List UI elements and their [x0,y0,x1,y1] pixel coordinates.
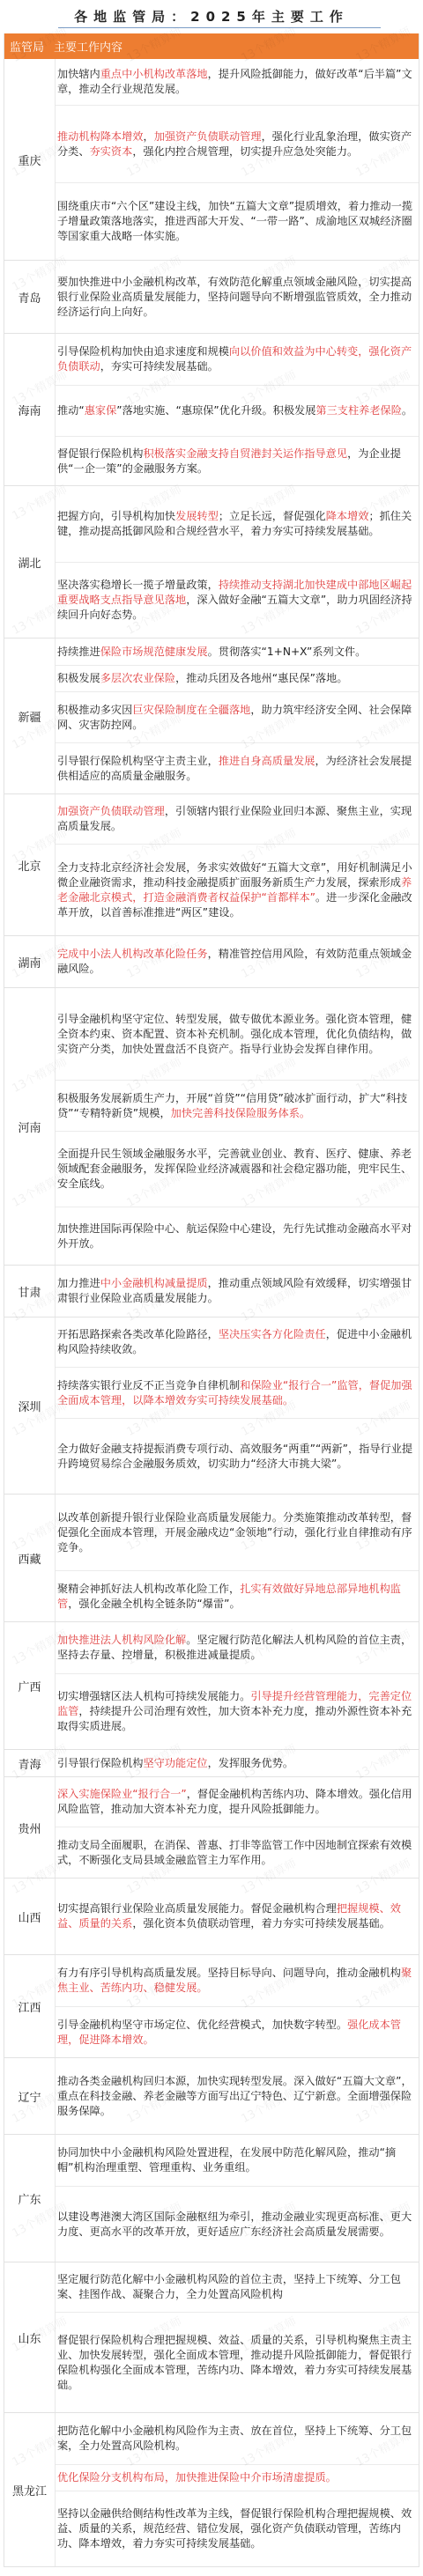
text-segment: ”落地实施、“惠琼保”优化升级。积极发展 [116,404,315,417]
region-label: 湖南 [4,936,56,987]
work-table: 监管局 主要工作内容 重庆加快辖内重点中小机构改革落地，提升风险抵御能力，做好改… [4,33,419,2567]
title-underline [58,27,381,28]
text-segment: 要加快推进中小金融机构改革，有效防范化解重点领域金融风险，切实提高银行业保险业高… [57,276,412,318]
work-item: 加快推进法人机构风险化解。坚定履行防范化解法人机构风险的首位主责，坚持去存量、控… [56,1622,419,1673]
table-row-group: 重庆加快辖内重点中小机构改革落地，提升风险抵御能力，做好改革“后半篇”文章，推动… [4,59,419,260]
text-segment: 坚定履行防范化解中小金融机构风险的首位主责，坚持上下统筹、分工包案、挂图作战、凝… [57,2273,401,2300]
highlighted-text: 深入实施保险业“报行合一” [57,1788,187,1800]
work-item: 引导银行保险机构坚守功能定位，发挥服务优势。 [56,1750,419,1776]
work-item: 以建设粤港澳大湾区国际金融枢纽为牵引，推动金融业实现更高标准、更大力度、更高水平… [56,2186,419,2262]
highlighted-text: 加快推进法人机构风险化解 [57,1634,186,1646]
work-item: 积极服务发展新质生产力，开展“首贷”“信用贷”破冰扩面行动，扩大“科技贷”“专精… [56,1080,419,1131]
work-item: 全面提升民生领域金融服务水平，完善就业创业、教育、医疗、健康、养老领域配套金融服… [56,1131,419,1207]
work-item-text: 深入实施保险业“报行合一”，督促金融机构苦练内功、降本增效。强化信用风险监管，推… [57,1787,415,1817]
highlighted-text: 巨灾保险制度在全疆落地 [132,704,250,716]
work-item: 督促银行保险机构合理把握规模、效益、质量的关系，引导机构聚焦主责主业、加快发展转… [56,2312,419,2412]
region-label: 湖北 [4,486,56,638]
work-item: 督促银行保险机构积极落实金融支持自贸港封关运作指导意见，为企业提供“一企一策”的… [56,436,419,485]
text-segment: ，推动兵团及各地州“惠民保”落地。 [175,672,347,684]
work-items: 开拓思路探索各类改革化险路径，坚决压实各方化险责任，促进中小金融机构风险持续收敛… [56,1318,419,1494]
region-label: 重庆 [4,59,56,260]
work-item: 加快辖内重点中小机构改革落地，提升风险抵御能力，做好改革“后半篇”文章，推动全行… [56,59,419,105]
work-item-text: 引导保险机构加快由追求速度和规模向以价值和效益为中心转变，强化资产负债联动，夯实… [57,344,415,374]
work-item-text: 引导银行保险机构坚守功能定位，发挥服务优势。 [57,1756,293,1771]
page: 各地监管局：2025年主要工作 监管局 主要工作内容 重庆加快辖内重点中小机构改… [0,0,423,2576]
table-row-group: 青岛要加快推进中小金融机构改革，有效防范化解重点领域金融风险，切实提高银行业保险… [4,260,419,333]
work-item: 坚持以金融供给侧结构性改革为主线，督促银行保险机构合理把握规模、效益、质量的关系… [56,2491,419,2566]
work-item-text: 积极推动多灾因巨灾保险制度在全疆落地，助力筑牢经济安全网、社会保障网、灾害防控网… [57,703,415,733]
work-item-text: 以建设粤港澳大湾区国际金融枢纽为牵引，推动金融业实现更高标准、更大力度、更高水平… [57,2210,415,2240]
work-item-text: 加快推进法人机构风险化解。坚定履行防范化解法人机构风险的首位主责，坚持去存量、控… [57,1633,415,1663]
work-item-text: 引导金融机构坚守定位、转型发展，做专做优本源业务。强化资本管理，健全资本约束、资… [57,1012,415,1057]
work-item: 坚决落实稳增长一揽子增量政策，持续推动支持湖北加快建成中部地区崛起重要战略支点指… [56,562,419,638]
work-item-text: 完成中小法人机构改革化险任务，精准管控信用风险，有效防范重点领域金融风险。 [57,947,415,977]
work-items: 有力有序引导机构高质量发展。坚持目标导向、问题导向，推动金融机构聚焦主业、苦练内… [56,1955,419,2057]
text-segment: 切实增强辖区法人机构可持续发展能力。 [57,1690,250,1702]
work-item-text: 引导银行保险机构坚守主责主业，推进自身高质量发展，为经济社会发展提供相适应的高质… [57,754,415,784]
region-label: 青海 [4,1750,56,1776]
table-row-group: 山东坚定履行防范化解中小金融机构风险的首位主责，坚持上下统筹、分工包案、挂图作战… [4,2262,419,2412]
text-segment: 有力有序引导机构高质量发展。坚持目标导向、问题导向，推动金融机构 [57,1967,401,1979]
text-segment: 引导银行保险机构坚守主责主业， [57,755,219,767]
work-item: 围绕重庆市“六个区”建设主线，加快“五篇大文章”提质增效，着力推动一揽子增量政策… [56,182,419,260]
work-item-text: 坚定履行防范化解中小金融机构风险的首位主责，坚持上下统筹、分工包案、挂图作战、凝… [57,2272,415,2302]
work-item-text: 督促银行保险机构合理把握规模、效益、质量的关系，引导机构聚焦主责主业、加快发展转… [57,2333,415,2393]
text-segment: 全力做好金融支持提振消费专项行动、高效服务“两重”“两新”，指导行业提升跨境贸易… [57,1443,412,1470]
work-item-text: 推动支局全面履职，在消保、普惠、打非等监管工作中因地制宜探索有效模式，不断强化支… [57,1838,415,1868]
text-segment: 推动各类金融机构回归本源，加快实现转型发展。深入做好“五篇大文章”，重点在科技金… [57,2075,412,2117]
highlighted-text: 多层次农业保险 [100,672,175,684]
work-items: 加力推进中小金融机构减量提质，推动重点领域风险有效缓释，切实增强甘肃银行业保险业… [56,1266,419,1317]
text-segment: 全面提升民生领域金融服务水平，完善就业创业、教育、医疗、健康、养老领域配套金融服… [57,1148,412,1190]
work-items: 协同加快中小金融机构风险处置进程，在发展中防范化解风险，推动“摘帽”机构治理重塑… [56,2135,419,2262]
region-label: 青岛 [4,261,56,333]
table-row-group: 广西加快推进法人机构风险化解。坚定履行防范化解法人机构风险的首位主责，坚持去存量… [4,1621,419,1749]
text-segment: ， [144,130,154,143]
work-item-text: 全力支持北京经济社会发展，务求实效做好“五篇大文章”，用好机制满足小微企业融资需… [57,860,415,920]
work-items: 把握方向，引导机构加快发展转型；立足长远，督促强化降本增效；抓住关键，推动提高抵… [56,486,419,638]
work-item-text: 推动“惠家保”落地实施、“惠琼保”优化升级。积极发展第三支柱养老保险。 [57,403,412,418]
work-item-text: 围绕重庆市“六个区”建设主线，加快“五篇大文章”提质增效，着力推动一揽子增量政策… [57,199,415,244]
region-label: 山西 [4,1878,56,1954]
work-item: 加强资产负债联动管理，引领辖内银行业保险业回归本源、聚焦主业，实现高质量发展。 [56,794,419,844]
page-title: 各地监管局：2025年主要工作 [0,0,423,26]
table-header: 监管局 主要工作内容 [4,33,419,59]
work-items: 要加快推进中小金融机构改革，有效防范化解重点领域金融风险，切实提高银行业保险业高… [56,261,419,333]
work-item-text: 持续推进保险市场规范健康发展。贯彻落实“1+N+X”系列文件。 [57,645,366,660]
work-item-text: 督促银行保险机构积极落实金融支持自贸港封关运作指导意见，为企业提供“一企一策”的… [57,447,415,476]
highlighted-text: 加强资产负债联动管理 [154,130,262,143]
highlighted-text: 优化保险分支机构布局，加快推进保险中介市场清虚提质。 [57,2471,337,2484]
work-item: 全力做好金融支持提振消费专项行动、高效服务“两重”“两新”，指导行业提升跨境贸易… [56,1418,419,1494]
work-items: 完成中小法人机构改革化险任务，精准管控信用风险，有效防范重点领域金融风险。 [56,936,419,987]
table-row-group: 青海引导银行保险机构坚守功能定位，发挥服务优势。 [4,1749,419,1776]
table-row-group: 海南引导保险机构加快由追求速度和规模向以价值和效益为中心转变，强化资产负债联动，… [4,333,419,485]
highlighted-text: 完成中小法人机构改革化险任务 [57,948,208,960]
region-label: 新疆 [4,638,56,793]
work-item-text: 引导金融机构坚守市场定位、优化经营模式，加快数字转型。强化成本管理，促进降本增效… [57,2018,415,2048]
text-segment: ，持续提升公司治理有效性，加大资本补充力度，推动外源性资本补充取得实质进展。 [57,1705,412,1732]
table-row-group: 湖南完成中小法人机构改革化险任务，精准管控信用风险，有效防范重点领域金融风险。 [4,935,419,987]
work-item: 全力支持北京经济社会发展，务求实效做好“五篇大文章”，用好机制满足小微企业融资需… [56,844,419,935]
work-items: 以改革创新提升银行业保险业高质量发展能力。分类施策推动改革转型，督促强化全面成本… [56,1495,419,1621]
work-item-text: 加力推进中小金融机构减量提质，推动重点领域风险有效缓释，切实增强甘肃银行业保险业… [57,1276,415,1306]
work-item-text: 协同加快中小金融机构风险处置进程，在发展中防范化解风险，推动“摘帽”机构治理重塑… [57,2145,415,2175]
table-row-group: 广东协同加快中小金融机构风险处置进程，在发展中防范化解风险，推动“摘帽”机构治理… [4,2134,419,2262]
work-items: 持续推进保险市场规范健康发展。贯彻落实“1+N+X”系列文件。积极发展多层次农业… [56,638,419,793]
table-row-group: 山西切实提高银行业保险业高质量发展能力。督促金融机构合理把握规模、效益、质量的关… [4,1878,419,1954]
text-segment: ，强化内控合规管理，切实提升应急处突能力。 [132,145,358,158]
highlighted-text: 加快完善科技保险服务体系。 [171,1107,310,1119]
work-item-text: 把防范化解中小金融机构风险作为主责、放在首位，坚持上下统筹、分工包案，全力处置高… [57,2424,415,2454]
table-row-group: 黑龙江把防范化解中小金融机构风险作为主责、放在首位，坚持上下统筹、分工包案，全力… [4,2412,419,2566]
highlighted-text: 推动机构降本增效 [57,130,144,143]
text-segment: 持续落实银行业反不正当竞争自律机制 [57,1379,240,1391]
table-row-group: 湖北把握方向，引导机构加快发展转型；立足长远，督促强化降本增效；抓住关键，推动提… [4,485,419,638]
text-segment: 。 [402,404,412,417]
highlighted-text: 推进自身高质量发展 [219,755,315,767]
work-item: 引导保险机构加快由追求速度和规模向以价值和效益为中心转变，强化资产负债联动，夯实… [56,334,419,385]
table-row-group: 江西有力有序引导机构高质量发展。坚持目标导向、问题导向，推动金融机构聚焦主业、苦… [4,1954,419,2057]
title-block: 各地监管局：2025年主要工作 [0,0,423,33]
work-item-text: 优化保险分支机构布局，加快推进保险中介市场清虚提质。 [57,2470,337,2485]
region-label: 甘肃 [4,1266,56,1317]
highlighted-text: 惠家保 [85,404,117,417]
text-segment: ，强化资本负债联动管理，着力夯实可持续发展基础。 [132,1917,390,1930]
work-item: 坚定履行防范化解中小金融机构风险的首位主责，坚持上下统筹、分工包案、挂图作战、凝… [56,2262,419,2312]
work-item-text: 推动各类金融机构回归本源，加快实现转型发展。深入做好“五篇大文章”，重点在科技金… [57,2074,415,2119]
work-item-text: 积极服务发展新质生产力，开展“首贷”“信用贷”破冰扩面行动，扩大“科技贷”“专精… [57,1091,415,1121]
text-segment: 引导金融机构坚守市场定位、优化经营模式，加快数字转型。 [57,2019,347,2031]
work-item: 开拓思路探索各类改革化险路径，坚决压实各方化险责任，促进中小金融机构风险持续收敛… [56,1318,419,1367]
work-item: 积极推动多灾因巨灾保险制度在全疆落地，助力筑牢经济安全网、社会保障网、灾害防控网… [56,691,419,742]
table-row-group: 辽宁推动各类金融机构回归本源，加快实现转型发展。深入做好“五篇大文章”，重点在科… [4,2057,419,2134]
region-label: 广东 [4,2135,56,2262]
text-segment: 推动“ [57,404,85,417]
work-items: 引导银行保险机构坚守功能定位，发挥服务优势。 [56,1750,419,1776]
highlighted-text: 坚决压实各方化险责任 [219,1328,326,1340]
work-item: 持续推进保险市场规范健康发展。贯彻落实“1+N+X”系列文件。 [56,638,419,665]
text-segment: 开拓思路探索各类改革化险路径， [57,1328,219,1340]
work-items: 把防范化解中小金融机构风险作为主责、放在首位，坚持上下统筹、分工包案，全力处置高… [56,2413,419,2566]
work-item: 聚精会神抓好法人机构改革化险工作，扎实有效做好异地总部异地机构监管，强化金融全机… [56,1570,419,1621]
text-segment: 督促银行保险机构 [57,447,144,460]
work-item: 推动机构降本增效，加强资产负债联动管理，强化行业乱象治理，做实资产分类、夯实资本… [56,105,419,182]
highlighted-text: 坚守功能定位 [144,1757,208,1769]
text-segment: 坚持以金融供给侧结构性改革为主线，督促银行保险机构合理把握规模、效益、质量的关系… [57,2507,412,2550]
work-items: 引导保险机构加快由追求速度和规模向以价值和效益为中心转变，强化资产负债联动，夯实… [56,334,419,485]
work-items: 引导金融机构坚守定位、转型发展，做专做优本源业务。强化资本管理，健全资本约束、资… [56,988,419,1265]
highlighted-text: 夯实资本 [90,145,133,158]
region-label: 贵州 [4,1777,56,1878]
text-segment: 加力推进 [57,1277,100,1289]
table-row-group: 河南引导金融机构坚守定位、转型发展，做专做优本源业务。强化资本管理，健全资本约束… [4,987,419,1265]
table-row-group: 贵州深入实施保险业“报行合一”，督促金融机构苦练内功、降本增效。强化信用风险监管… [4,1776,419,1878]
work-item-text: 以改革创新提升银行业保险业高质量发展能力。分类施策推动改革转型，督促强化全面成本… [57,1510,415,1555]
text-segment: 坚决落实稳增长一揽子增量政策， [57,579,219,591]
work-items: 加强资产负债联动管理，引领辖内银行业保险业回归本源、聚焦主业，实现高质量发展。全… [56,794,419,935]
work-item: 把防范化解中小金融机构风险作为主责、放在首位，坚持上下统筹、分工包案，全力处置高… [56,2413,419,2464]
work-item: 有力有序引导机构高质量发展。坚持目标导向、问题导向，推动金融机构聚焦主业、苦练内… [56,1955,419,2006]
highlighted-text: 第三支柱养老保险 [315,404,402,417]
highlighted-text: 积极落实金融支持自贸港封关运作指导意见 [144,447,348,460]
region-label: 黑龙江 [4,2413,56,2566]
work-item-text: 全面提升民生领域金融服务水平，完善就业创业、教育、医疗、健康、养老领域配套金融服… [57,1147,415,1192]
text-segment: 围绕重庆市“六个区”建设主线，加快“五篇大文章”提质增效，着力推动一揽子增量政策… [57,200,412,242]
region-label: 西藏 [4,1495,56,1621]
work-item-text: 聚精会神抓好法人机构改革化险工作，扎实有效做好异地总部异地机构监管，强化金融全机… [57,1582,415,1612]
work-item: 把握方向，引导机构加快发展转型；立足长远，督促强化降本增效；抓住关键，推动提高抵… [56,486,419,562]
text-segment: 。贯彻落实“1+N+X”系列文件。 [208,646,367,658]
work-items: 推动各类金融机构回归本源，加快实现转型发展。深入做好“五篇大文章”，重点在科技金… [56,2058,419,2134]
work-item: 引导金融机构坚守定位、转型发展，做专做优本源业务。强化资本管理，健全资本约束、资… [56,988,419,1080]
work-item-text: 把握方向，引导机构加快发展转型；立足长远，督促强化降本增效；抓住关键，推动提高抵… [57,509,415,539]
text-segment: 持续推进 [57,646,100,658]
work-item: 优化保险分支机构布局，加快推进保险中介市场清虚提质。 [56,2464,419,2491]
work-item: 以改革创新提升银行业保险业高质量发展能力。分类施策推动改革转型，督促强化全面成本… [56,1495,419,1570]
work-item: 加力推进中小金融机构减量提质，推动重点领域风险有效缓释，切实增强甘肃银行业保险业… [56,1266,419,1317]
header-content: 主要工作内容 [54,38,419,55]
work-item-text: 开拓思路探索各类改革化险路径，坚决压实各方化险责任，促进中小金融机构风险持续收敛… [57,1327,415,1357]
region-label: 山东 [4,2262,56,2412]
highlighted-text: 发展转型 [175,510,219,522]
highlighted-text: 保险市场规范健康发展 [100,646,208,658]
work-item: 加快推进国际再保险中心、航运保险中心建设，先行先试推动金融高水平对外开放。 [56,1207,419,1265]
text-segment: 督促银行保险机构合理把握规模、效益、质量的关系，引导机构聚焦主责主业、加快发展转… [57,2334,412,2391]
work-item: 推动支局全面履职，在消保、普惠、打非等监管工作中因地制宜探索有效模式，不断强化支… [56,1827,419,1878]
work-item-text: 切实增强辖区法人机构可持续发展能力。引导提升经营管理能力，完善定位监管，持续提升… [57,1689,415,1734]
text-segment: 把握方向，引导机构加快 [57,510,175,522]
work-items: 加快辖内重点中小机构改革落地，提升风险抵御能力，做好改革“后半篇”文章，推动全行… [56,59,419,260]
text-segment: 以建设粤港澳大湾区国际金融枢纽为牵引，推动金融业实现更高标准、更大力度、更高水平… [57,2211,412,2238]
work-item: 协同加快中小金融机构风险处置进程，在发展中防范化解风险，推动“摘帽”机构治理重塑… [56,2135,419,2186]
table-row-group: 甘肃加力推进中小金融机构减量提质，推动重点领域风险有效缓释，切实增强甘肃银行业保… [4,1265,419,1317]
work-items: 坚定履行防范化解中小金融机构风险的首位主责，坚持上下统筹、分工包案、挂图作战、凝… [56,2262,419,2412]
text-segment: 加快推进国际再保险中心、航运保险中心建设，先行先试推动金融高水平对外开放。 [57,1222,412,1250]
table-row-group: 西藏以改革创新提升银行业保险业高质量发展能力。分类施策推动改革转型，督促强化全面… [4,1494,419,1621]
work-item: 持续落实银行业反不正当竞争自律机制和保险业“报行合一”监管，督促加强全面成本管理… [56,1367,419,1418]
region-label: 深圳 [4,1318,56,1494]
text-segment: 引导保险机构加快由追求速度和规模 [57,345,229,358]
text-segment: 加快辖内 [57,68,100,80]
work-item: 积极发展多层次农业保险，推动兵团及各地州“惠民保”落地。 [56,665,419,691]
text-segment: 推动支局全面履职，在消保、普惠、打非等监管工作中因地制宜探索有效模式，不断强化支… [57,1839,412,1866]
text-segment: 全力支持北京经济社会发展，务求实效做好“五篇大文章”，用好机制满足小微企业融资需… [57,861,412,889]
region-label: 海南 [4,334,56,485]
region-label: 广西 [4,1622,56,1749]
work-item: 引导银行保险机构坚守主责主业，推进自身高质量发展，为经济社会发展提供相适应的高质… [56,742,419,793]
work-item-text: 要加快推进中小金融机构改革，有效防范化解重点领域金融风险，切实提高银行业保险业高… [57,275,415,320]
table-row-group: 北京加强资产负债联动管理，引领辖内银行业保险业回归本源、聚焦主业，实现高质量发展… [4,793,419,935]
table-row-group: 深圳开拓思路探索各类改革化险路径，坚决压实各方化险责任，促进中小金融机构风险持续… [4,1317,419,1494]
work-item-text: 全力做好金融支持提振消费专项行动、高效服务“两重”“两新”，指导行业提升跨境贸易… [57,1442,415,1472]
work-item-text: 切实提高银行业保险业高质量发展能力。督促金融机构合理把握规模、效益、质量的关系，… [57,1901,415,1931]
work-item: 要加快推进中小金融机构改革，有效防范化解重点领域金融风险，切实提高银行业保险业高… [56,261,419,333]
text-segment: 引导金融机构坚守定位、转型发展，做专做优本源业务。强化资本管理，健全资本约束、资… [57,1013,412,1055]
text-segment: ，夯实可持续发展基础。 [100,360,219,373]
work-items: 深入实施保险业“报行合一”，督促金融机构苦练内功、降本增效。强化信用风险监管，推… [56,1777,419,1878]
work-items: 加快推进法人机构风险化解。坚定履行防范化解法人机构风险的首位主责，坚持去存量、控… [56,1622,419,1749]
text-segment: ；立足长远，督促强化 [219,510,326,522]
work-item-text: 坚决落实稳增长一揽子增量政策，持续推动支持湖北加快建成中部地区崛起重要战略支点指… [57,578,415,623]
text-segment: ，发挥服务优势。 [208,1757,294,1769]
text-segment: 切实提高银行业保险业高质量发展能力。督促金融机构合理 [57,1902,337,1915]
work-item-text: 推动机构降本增效，加强资产负债联动管理，强化行业乱象治理，做实资产分类、夯实资本… [57,129,415,159]
work-item: 切实增强辖区法人机构可持续发展能力。引导提升经营管理能力，完善定位监管，持续提升… [56,1673,419,1749]
work-item-text: 加快推进国际再保险中心、航运保险中心建设，先行先试推动金融高水平对外开放。 [57,1222,415,1251]
highlighted-text: 降本增效 [326,510,369,522]
text-segment: 积极发展 [57,672,100,684]
work-items: 切实提高银行业保险业高质量发展能力。督促金融机构合理把握规模、效益、质量的关系，… [56,1878,419,1954]
work-item-text: 坚持以金融供给侧结构性改革为主线，督促银行保险机构合理把握规模、效益、质量的关系… [57,2506,415,2551]
text-segment: 引导银行保险机构 [57,1757,144,1769]
region-label: 河南 [4,988,56,1265]
work-item-text: 有力有序引导机构高质量发展。坚持目标导向、问题导向，推动金融机构聚焦主业、苦练内… [57,1966,415,1996]
text-segment: 以改革创新提升银行业保险业高质量发展能力。分类施策推动改革转型，督促强化全面成本… [57,1511,412,1554]
highlighted-text: 重点中小机构改革落地 [100,68,208,80]
work-item: 引导金融机构坚守市场定位、优化经营模式，加快数字转型。强化成本管理，促进降本增效… [56,2006,419,2057]
text-segment: 把防范化解中小金融机构风险作为主责、放在首位，坚持上下统筹、分工包案，全力处置高… [57,2425,412,2452]
highlighted-text: 中小金融机构减量提质 [100,1277,208,1289]
region-label: 江西 [4,1955,56,2057]
highlighted-text: 加强资产负债联动管理 [57,805,165,817]
work-item: 切实提高银行业保险业高质量发展能力。督促金融机构合理把握规模、效益、质量的关系，… [56,1878,419,1954]
work-item: 推动“惠家保”落地实施、“惠琼保”优化升级。积极发展第三支柱养老保险。 [56,385,419,436]
region-label: 北京 [4,794,56,935]
text-segment: 协同加快中小金融机构风险处置进程，在发展中防范化解风险，推动“摘帽”机构治理重塑… [57,2146,396,2174]
work-item: 完成中小法人机构改革化险任务，精准管控信用风险，有效防范重点领域金融风险。 [56,936,419,987]
text-segment: 聚精会神抓好法人机构改革化险工作， [57,1583,240,1595]
work-item-text: 持续落实银行业反不正当竞争自律机制和保险业“报行合一”监管，督促加强全面成本管理… [57,1378,415,1408]
work-item-text: 加快辖内重点中小机构改革落地，提升风险抵御能力，做好改革“后半篇”文章，推动全行… [57,67,415,97]
region-label: 辽宁 [4,2058,56,2134]
text-segment: 积极推动多灾因 [57,704,132,716]
work-item: 深入实施保险业“报行合一”，督促金融机构苦练内功、降本增效。强化信用风险监管，推… [56,1777,419,1827]
header-regulator: 监管局 [4,38,54,55]
work-item: 推动各类金融机构回归本源，加快实现转型发展。深入做好“五篇大文章”，重点在科技金… [56,2058,419,2134]
table-row-group: 新疆持续推进保险市场规范健康发展。贯彻落实“1+N+X”系列文件。积极发展多层次… [4,638,419,793]
text-segment: ，强化金融全机构全链条防“爆雷”。 [68,1598,240,1610]
work-item-text: 积极发展多层次农业保险，推动兵团及各地州“惠民保”落地。 [57,671,348,686]
work-item-text: 加强资产负债联动管理，引领辖内银行业保险业回归本源、聚焦主业，实现高质量发展。 [57,804,415,834]
table-body: 重庆加快辖内重点中小机构改革落地，提升风险抵御能力，做好改革“后半篇”文章，推动… [4,59,419,2566]
